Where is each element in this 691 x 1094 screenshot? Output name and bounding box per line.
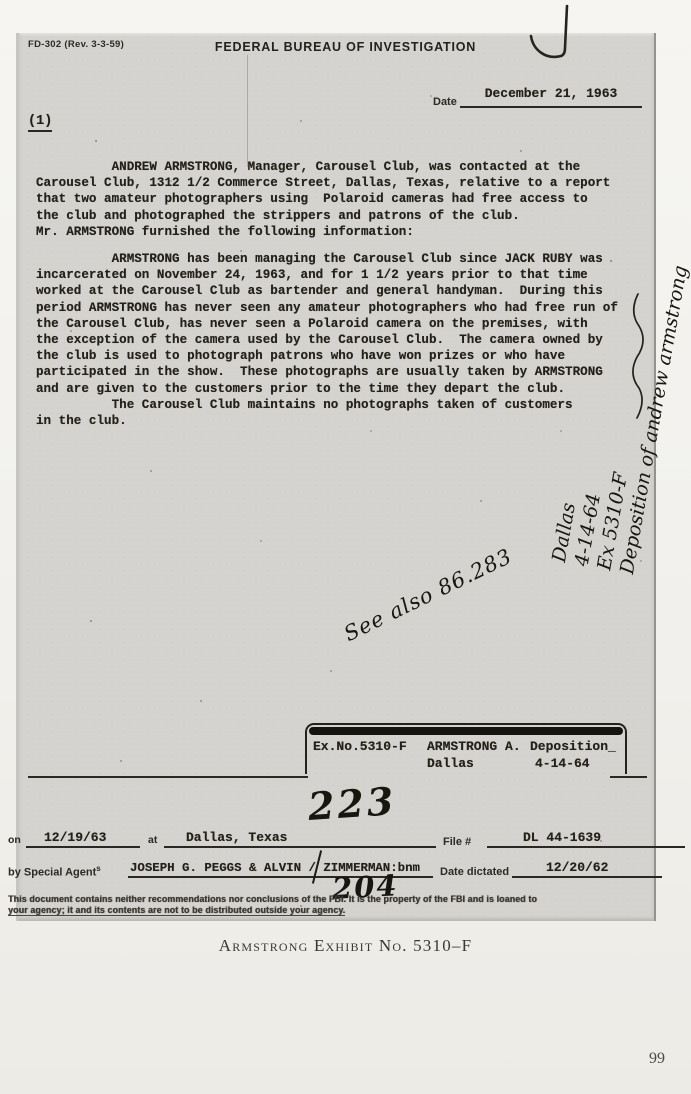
disclaimer-line-2: your agency; it and its contents are not… [8,905,345,916]
on-label: on [8,834,21,846]
file-number-blank: DL 44-1639 [487,824,685,848]
stamp-name: ARMSTRONG A. [427,739,521,754]
stamp-date: 4-14-64 [535,756,590,771]
pen-hook-mark [524,2,576,66]
date-label: Date [433,96,457,108]
date-dictated-blank: 12/20/62 [512,854,662,878]
date-blank: December 21, 1963 [460,84,642,108]
file-number-label: File # [443,836,471,848]
on-date-value: 12/19/63 [44,830,106,845]
report-paragraph-1: ANDREW ARMSTRONG, Manager, Carousel Club… [36,159,654,240]
fbi-disclaimer: This document contains neither recommend… [8,894,658,915]
date-dictated-value: 12/20/62 [546,860,608,875]
date-dictated-label: Date dictated [440,866,509,878]
pen-squiggle-mark [626,290,648,426]
special-agent-label-text: by Special Agent [8,867,96,879]
page-number: 99 [649,1050,665,1068]
form-rule-right [610,776,647,778]
file-number-value: DL 44-1639 [523,830,601,845]
handwritten-number-223: 223 [307,778,398,829]
stamp-type: Deposition_ [530,739,616,754]
exhibit-caption: Armstrong Exhibit No. 5310–F [0,936,691,956]
form-rule-left [28,776,308,778]
scanned-fbi-document-page: FD-302 (Rev. 3-3-59) FEDERAL BUREAU OF I… [0,0,691,1094]
disclaimer-line-1: This document contains neither recommend… [8,894,537,904]
paper-fold-line [247,55,248,167]
special-agent-label: by Special Agents [8,864,101,879]
stamp-city: Dallas [427,756,474,771]
scan-noise-speckles [0,0,2,2]
report-paragraph-3: The Carousel Club maintains no photograp… [36,397,654,429]
special-agent-label-suffix: s [96,864,100,873]
document-title: FEDERAL BUREAU OF INVESTIGATION [0,40,691,54]
date-value: December 21, 1963 [485,86,618,101]
at-label: at [148,834,157,846]
page-marker: (1) [28,114,52,132]
at-place-blank: Dallas, Texas [164,824,436,848]
at-place-value: Dallas, Texas [186,830,287,845]
stamp-exhibit-number: Ex.No.5310-F [313,739,407,754]
stamp-top-bar [309,727,623,735]
exhibit-stamp-box: Ex.No.5310-F ARMSTRONG A. Deposition_ Da… [305,723,627,774]
on-date-blank: 12/19/63 [26,824,140,848]
report-paragraph-2: ARMSTRONG has been managing the Carousel… [36,251,654,397]
